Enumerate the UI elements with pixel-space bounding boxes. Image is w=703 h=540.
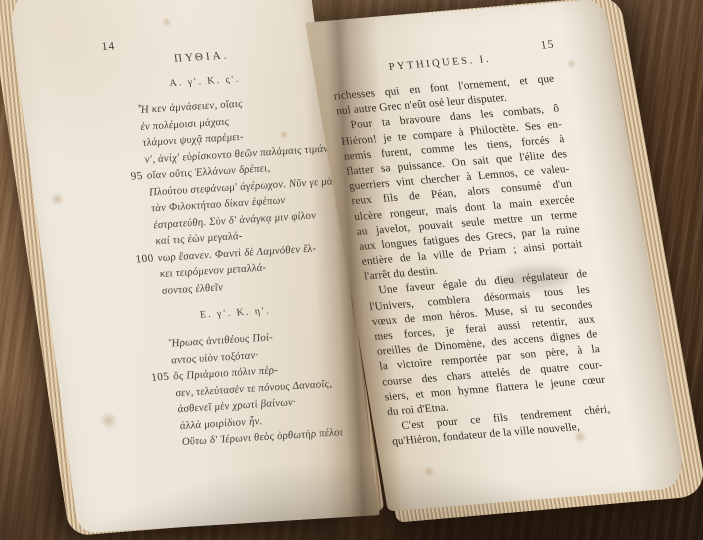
running-head-label: PYTHIQUES. I. — [388, 54, 492, 73]
verse-line-number: 95 — [116, 168, 144, 186]
page-number-right: 15 — [540, 39, 555, 52]
foxing-spot — [161, 17, 172, 28]
right-page-text-block: PYTHIQUES. I. 15 richesses qui en font l… — [329, 49, 614, 450]
section-heading-antistrophe: Α. γ′. Κ. ς′. — [104, 70, 305, 93]
left-page-text-block: 14 ΠΥΘΙΑ. Α. γ′. Κ. ς′. Ἦ κεν ἀμνάσειεν,… — [99, 29, 353, 452]
verse-line-number: 105 — [142, 369, 170, 387]
french-body: richesses qui en font l'ornement, et que… — [333, 72, 614, 450]
wood-table-background: { "book": { "left_page": { "page_number"… — [0, 0, 703, 540]
section-heading-epode: Ε. γ′. Κ. η′. — [135, 301, 336, 324]
foxing-spot — [566, 59, 576, 69]
running-head-french: PYTHIQUES. I. 15 — [329, 49, 551, 78]
page-number-left: 14 — [101, 40, 116, 53]
greek-verse-block-2: Ἥρωας ἀντιθέους Ποί- αντος υἱὸν τοξόταν·… — [138, 325, 353, 452]
running-head-greek: ΠΥΘΙΑ. — [101, 45, 302, 69]
verse-line-number: 100 — [127, 250, 155, 268]
foxing-spot — [98, 411, 118, 430]
foxing-spot — [423, 466, 436, 478]
foxing-spot — [49, 192, 65, 207]
greek-verse-block-1: Ἦ κεν ἀμνάσειεν, οἵαις ἐν πολέμοισι μάχα… — [107, 92, 333, 301]
